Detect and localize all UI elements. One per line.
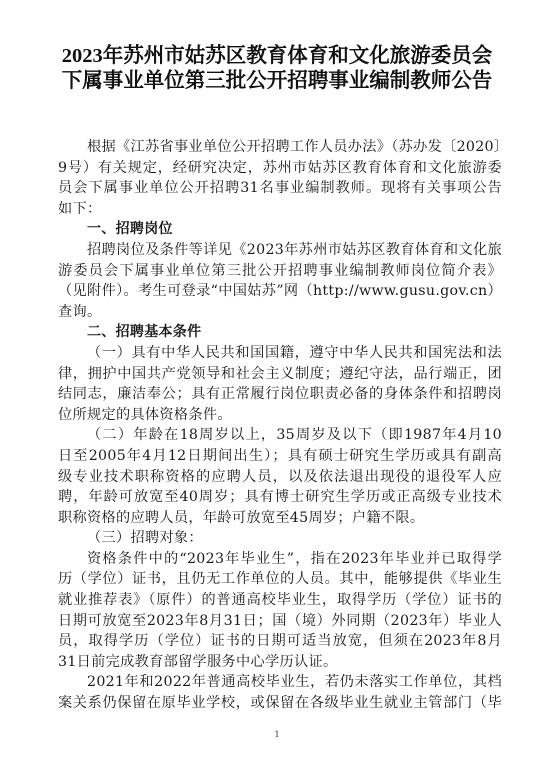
section-heading-positions: 一、招聘岗位: [58, 219, 502, 240]
body-line: 历（学位）证书，且仍无工作单位的人员。其中，能够提供《毕业生: [58, 569, 502, 590]
body-line: 根据《江苏省事业单位公开招聘工作人员办法》（苏办发〔2020〕: [58, 137, 502, 158]
body-line: 如下：: [58, 199, 502, 220]
body-line: 游委员会下属事业单位第三批公开招聘事业编制教师岗位简介表》: [58, 261, 502, 282]
body-line: 资格条件中的“2023年毕业生”，指在2023年毕业并已取得学: [58, 549, 502, 570]
body-line: 查询。: [58, 302, 502, 323]
body-line: 员会下属事业单位公开招聘31名事业编制教师。现将有关事项公告: [58, 178, 502, 199]
body-line: 级专业技术职称资格的应聘人员，以及依法退出现役的退役军人应: [58, 467, 502, 488]
body-line: 聘，年龄可放宽至40周岁；具有博士研究生学历或正高级专业技术: [58, 487, 502, 508]
body-line: 结同志，廉洁奉公；具有正常履行岗位职责必备的身体条件和招聘岗: [58, 384, 502, 405]
body-line: （一）具有中华人民共和国国籍，遵守中华人民共和国宪法和法: [58, 343, 502, 364]
body-line: 员，取得学历（学位）证书的日期可适当放宽，但须在2023年8月: [58, 631, 502, 652]
body-line: 招聘岗位及条件等详见《2023年苏州市姑苏区教育体育和文化旅: [58, 240, 502, 261]
body-line: （二）年龄在18周岁以上，35周岁及以下（即1987年4月10: [58, 425, 502, 446]
section-heading-basic-conditions: 二、招聘基本条件: [58, 322, 502, 343]
body-line: 9号）有关规定，经研究决定，苏州市姑苏区教育体育和文化旅游委: [58, 158, 502, 179]
document-title-line-2: 下属事业单位第三批公开招聘事业编制教师公告: [0, 69, 554, 94]
document-page: 2023年苏州市姑苏区教育体育和文化旅游委员会 下属事业单位第三批公开招聘事业编…: [0, 0, 554, 784]
body-line: （三）招聘对象：: [58, 528, 502, 549]
body-line: 职称资格的应聘人员，年龄可放宽至45周岁；户籍不限。: [58, 508, 502, 529]
body-line: （见附件）。考生可登录“中国姑苏”网（http://www.gusu.gov.c…: [58, 281, 502, 302]
body-line: 31日前完成教育部留学服务中心学历认证。: [58, 652, 502, 673]
body-line: 日至2005年4月12日期间出生）；具有硕士研究生学历或具有副高: [58, 446, 502, 467]
body-line: 案关系仍保留在原毕业学校，或保留在各级毕业生就业主管部门（毕: [58, 693, 502, 714]
document-body: 根据《江苏省事业单位公开招聘工作人员办法》（苏办发〔2020〕 9号）有关规定，…: [58, 137, 502, 714]
page-number: 1: [0, 730, 554, 739]
body-line: 2021年和2022年普通高校毕业生，若仍未落实工作单位，其档: [58, 672, 502, 693]
body-line: 日期可放宽至2023年8月31日；国（境）外同期（2023年）毕业人: [58, 611, 502, 632]
body-line: 律，拥护中国共产党领导和社会主义制度；遵纪守法，品行端正，团: [58, 364, 502, 385]
body-line: 位所规定的具体资格条件。: [58, 405, 502, 426]
body-line: 就业推荐表》（原件）的普通高校毕业生，取得学历（学位）证书的: [58, 590, 502, 611]
document-title-line-1: 2023年苏州市姑苏区教育体育和文化旅游委员会: [0, 44, 554, 69]
